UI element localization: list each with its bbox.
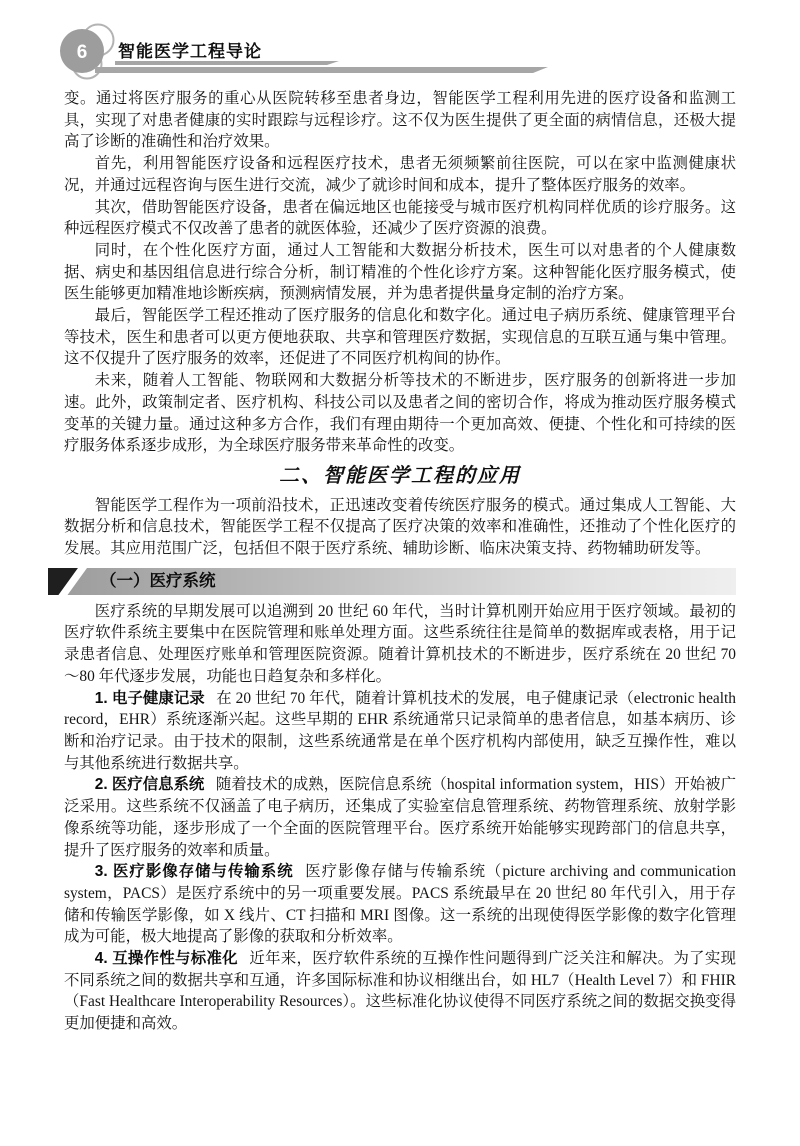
subsection-header-bar: （一）医疗系统	[48, 568, 736, 595]
intro-paragraph: 首先，利用智能医疗设备和远程医疗技术，患者无须频繁前往医院，可以在家中监测健康状…	[64, 153, 736, 196]
section-heading: 二、智能医学工程的应用	[64, 466, 736, 488]
intro-paragraph: 其次，借助智能医疗设备，患者在偏远地区也能接受与城市医疗机构同样优质的诊疗服务。…	[64, 197, 736, 240]
book-page: 6 智能医学工程导论 变。通过将医疗服务的重心从医院转移至患者身边，智能医学工程…	[0, 0, 800, 1146]
intro-paragraph: 最后，智能医学工程还推动了医疗服务的信息化和数字化。通过电子病历系统、健康管理平…	[64, 305, 736, 370]
intro-paragraph: 未来，随着人工智能、物联网和大数据分析等技术的不断进步，医疗服务的创新将进一步加…	[64, 370, 736, 457]
page-header: 6 智能医学工程导论	[0, 0, 800, 86]
corner-slash-icon	[48, 568, 96, 595]
intro-paragraph: 同时，在个性化医疗方面，通过人工智能和大数据分析技术，医生可以对患者的个人健康数…	[64, 240, 736, 305]
subsection-overview: 医疗系统的早期发展可以追溯到 20 世纪 60 年代，当时计算机刚开始应用于医疗…	[64, 601, 736, 688]
numbered-item: 3. 医疗影像存储与传输系统医疗影像存储与传输系统（picture archiv…	[64, 861, 736, 948]
page-number: 6	[77, 42, 88, 63]
numbered-item-label: 2. 医疗信息系统	[95, 776, 205, 793]
numbered-item: 4. 互操作性与标准化近年来，医疗软件系统的互操作性问题得到广泛关注和解决。为了…	[64, 948, 736, 1035]
numbered-item-label: 1. 电子健康记录	[95, 690, 205, 707]
header-rule-secondary	[95, 67, 548, 73]
numbered-item: 2. 医疗信息系统随着技术的成熟，医院信息系统（hospital informa…	[64, 774, 736, 861]
page-content: 变。通过将医疗服务的重心从医院转移至患者身边，智能医学工程利用先进的医疗设备和监…	[64, 88, 736, 1035]
book-title: 智能医学工程导论	[118, 37, 262, 62]
header-rule-primary	[115, 61, 339, 65]
intro-paragraph: 变。通过将医疗服务的重心从医院转移至患者身边，智能医学工程利用先进的医疗设备和监…	[64, 88, 736, 153]
numbered-item-label: 3. 医疗影像存储与传输系统	[95, 863, 294, 880]
subsection-title: （一）医疗系统	[100, 568, 216, 595]
numbered-item-label: 4. 互操作性与标准化	[95, 950, 238, 967]
numbered-item: 1. 电子健康记录在 20 世纪 70 年代，随着计算机技术的发展，电子健康记录…	[64, 688, 736, 775]
section-lead-paragraph: 智能医学工程作为一项前沿技术，正迅速改变着传统医疗服务的模式。通过集成人工智能、…	[64, 495, 736, 560]
